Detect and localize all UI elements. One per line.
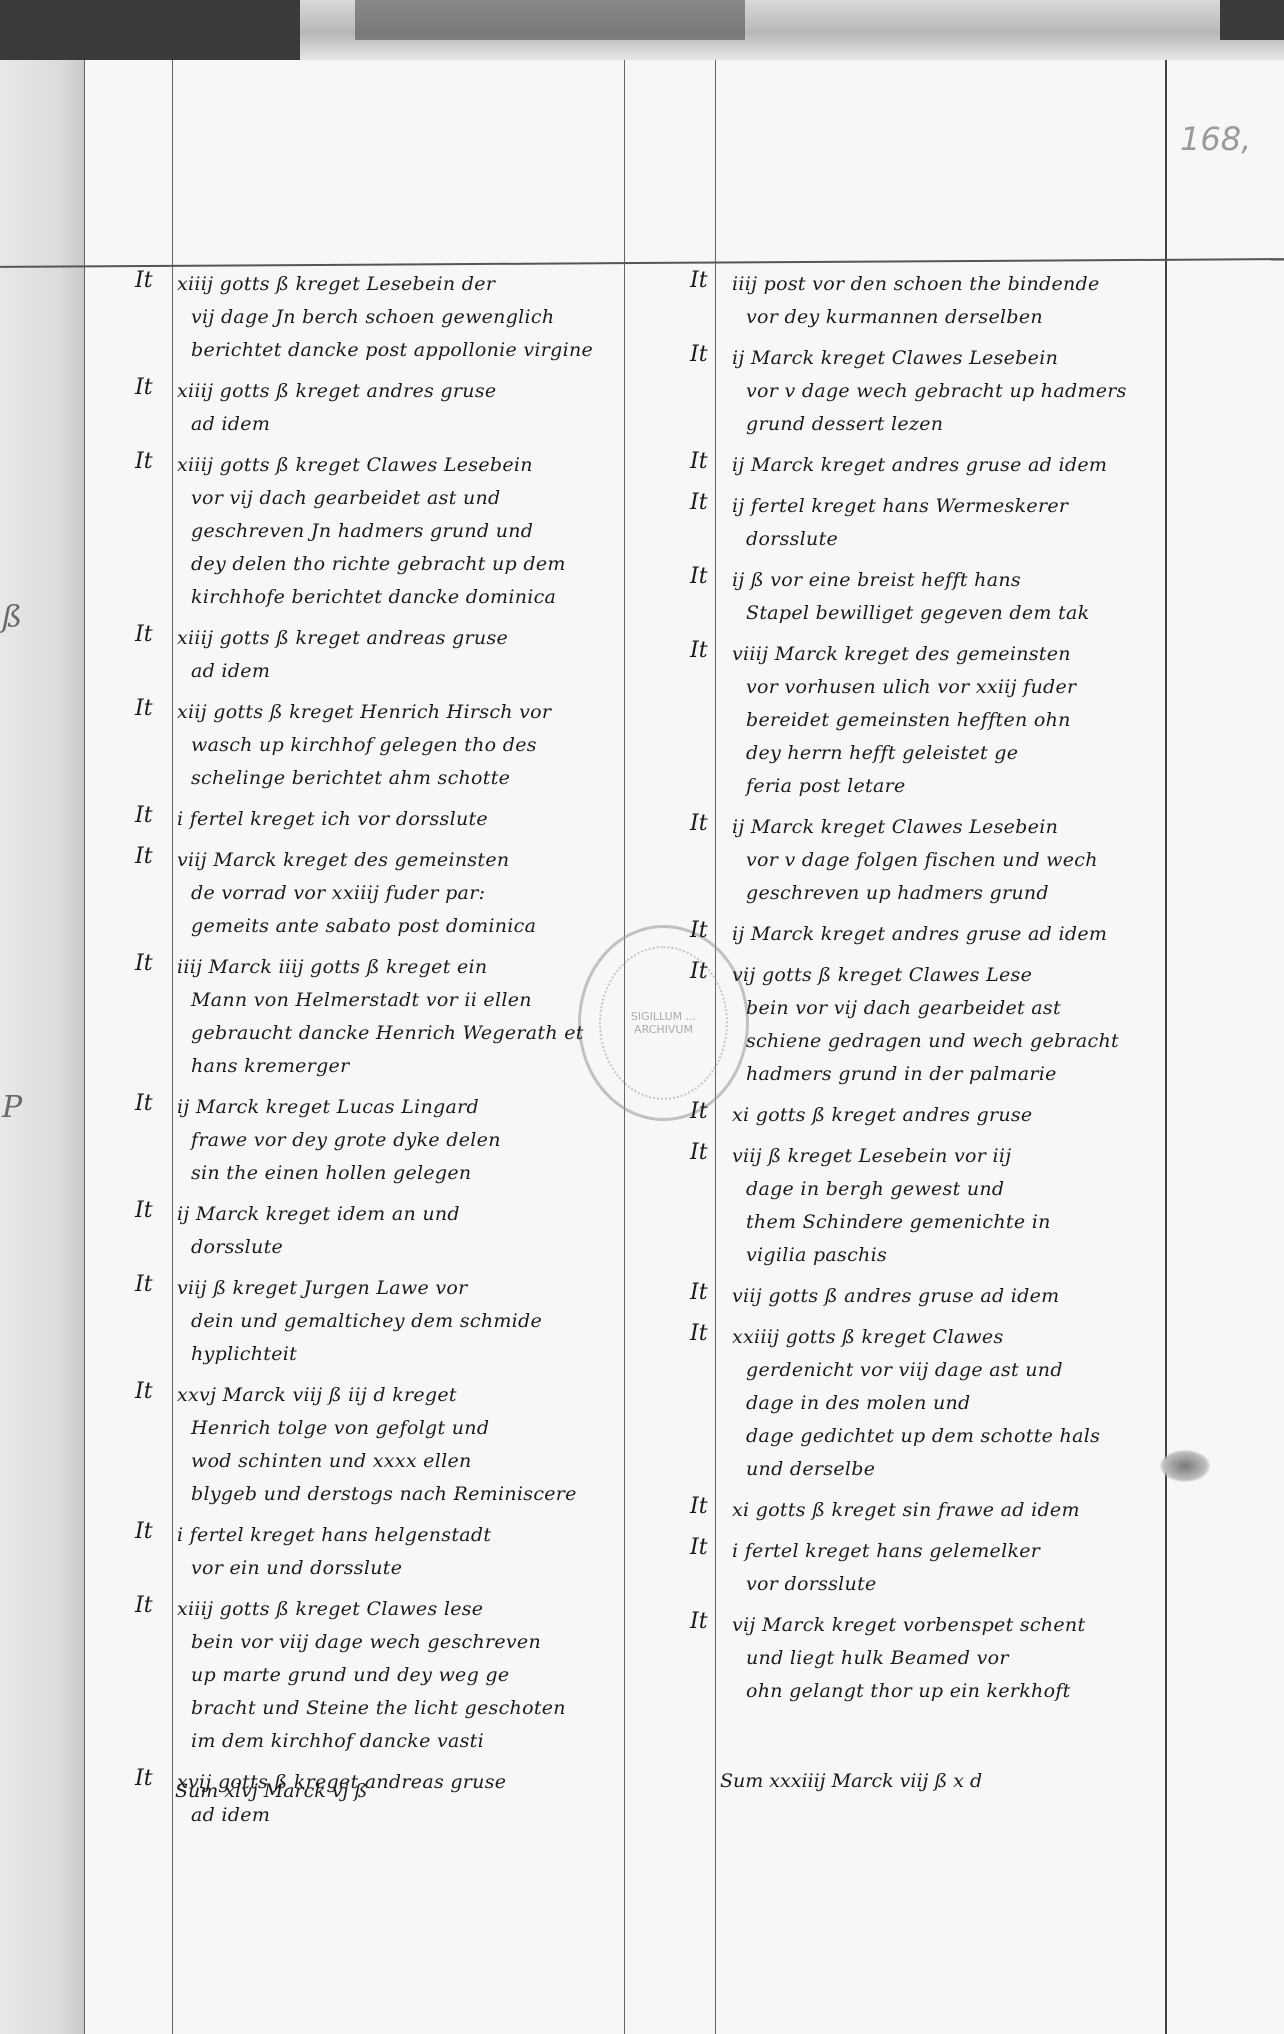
binding-shadow bbox=[355, 0, 745, 40]
entry-text: ij Marck kreget andres gruse ad idem bbox=[732, 918, 1230, 951]
entry-line: und liegt hulk Beamed vor bbox=[746, 1642, 1230, 1675]
entry-line: xiiij gotts ß kreget Clawes Lesebein bbox=[177, 449, 680, 482]
entry-line: ij Marck kreget Lucas Lingard bbox=[177, 1091, 680, 1124]
entry-line: vij dage Jn berch schoen gewenglich bbox=[191, 301, 680, 334]
item-mark: It bbox=[690, 342, 730, 367]
ledger-entry: It xiiij gotts ß kreget Lesebein dervij … bbox=[135, 268, 680, 367]
entry-line: gemeits ante sabato post dominica bbox=[191, 910, 680, 943]
entry-line: gerdenicht vor viij dage ast und bbox=[746, 1354, 1230, 1387]
entry-line: de vorrad vor xxiiij fuder par: bbox=[191, 877, 680, 910]
entry-line: dorsslute bbox=[746, 523, 1230, 556]
entry-line: xxiiij gotts ß kreget Clawes bbox=[732, 1321, 1230, 1354]
ledger-entry: It ij ß vor eine breist hefft hansStapel… bbox=[690, 564, 1230, 630]
ledger-entry: It viij ß kreget Jurgen Lawe vordein und… bbox=[135, 1272, 680, 1371]
entry-line: vij gotts ß kreget Clawes Lese bbox=[732, 959, 1230, 992]
entry-line: ad idem bbox=[191, 1799, 680, 1832]
entry-line: geschreven Jn hadmers grund und bbox=[191, 515, 680, 548]
entry-line: hans kremerger bbox=[191, 1050, 680, 1083]
entry-line: sin the einen hollen gelegen bbox=[191, 1157, 680, 1190]
entry-line: ij Marck kreget Clawes Lesebein bbox=[732, 811, 1230, 844]
entry-text: ij Marck kreget idem an unddorsslute bbox=[177, 1198, 680, 1264]
entry-text: xi gotts ß kreget sin frawe ad idem bbox=[732, 1494, 1230, 1527]
item-mark: It bbox=[690, 1280, 730, 1305]
item-mark: It bbox=[135, 375, 175, 400]
item-mark: It bbox=[135, 951, 175, 976]
entry-text: ij Marck kreget Clawes Lesebeinvor v dag… bbox=[732, 811, 1230, 910]
entry-line: ad idem bbox=[191, 408, 680, 441]
entry-line: vor v dage wech gebracht up hadmers bbox=[746, 375, 1230, 408]
entry-text: xiiij gotts ß kreget Clawes Lesebeinvor … bbox=[177, 449, 680, 614]
entry-line: im dem kirchhof dancke vasti bbox=[191, 1725, 680, 1758]
entry-line: vor dorsslute bbox=[746, 1568, 1230, 1601]
ledger-entry: It ij Marck kreget idem an unddorsslute bbox=[135, 1198, 680, 1264]
entry-line: viij gotts ß andres gruse ad idem bbox=[732, 1280, 1230, 1313]
entry-line: wasch up kirchhof gelegen tho des bbox=[191, 729, 680, 762]
entry-line: xiiij gotts ß kreget Clawes lese bbox=[177, 1593, 680, 1626]
item-mark: It bbox=[690, 638, 730, 663]
ledger-entry: It ij Marck kreget andres gruse ad idem bbox=[690, 918, 1230, 951]
entry-text: i fertel kreget hans gelemelkervor dorss… bbox=[732, 1535, 1230, 1601]
entry-line: ij Marck kreget idem an und bbox=[177, 1198, 680, 1231]
entry-text: xi gotts ß kreget andres gruse bbox=[732, 1099, 1230, 1132]
adjacent-page-edge: ß P bbox=[0, 60, 84, 2034]
ledger-entry: It xxiiij gotts ß kreget Clawesgerdenich… bbox=[690, 1321, 1230, 1486]
entry-line: Stapel bewilliget gegeven dem tak bbox=[746, 597, 1230, 630]
entry-text: xiiij gotts ß kreget Lesebein dervij dag… bbox=[177, 268, 680, 367]
item-mark: It bbox=[135, 268, 175, 293]
ledger-entry: It i fertel kreget ich vor dorsslute bbox=[135, 803, 680, 836]
entry-line: i fertel kreget ich vor dorsslute bbox=[177, 803, 680, 836]
ledger-column-right: It iiij post vor den schoen the bindende… bbox=[690, 268, 1230, 1716]
entry-line: hyplichteit bbox=[191, 1338, 680, 1371]
entry-line: grund dessert lezen bbox=[746, 408, 1230, 441]
entry-line: ij Marck kreget andres gruse ad idem bbox=[732, 449, 1230, 482]
item-mark: It bbox=[135, 696, 175, 721]
entry-line: vor v dage folgen fischen und wech bbox=[746, 844, 1230, 877]
entry-line: und derselbe bbox=[746, 1453, 1230, 1486]
entry-line: vigilia paschis bbox=[746, 1239, 1230, 1272]
entry-line: xiij gotts ß kreget Henrich Hirsch vor bbox=[177, 696, 680, 729]
entry-line: Henrich tolge von gefolgt und bbox=[191, 1412, 680, 1445]
entry-text: xiij gotts ß kreget Henrich Hirsch vorwa… bbox=[177, 696, 680, 795]
entry-line: geschreven up hadmers grund bbox=[746, 877, 1230, 910]
entry-line: up marte grund und dey weg ge bbox=[191, 1659, 680, 1692]
ledger-entry: It xiiij gotts ß kreget Clawes Lesebeinv… bbox=[135, 449, 680, 614]
entry-line: schiene gedragen und wech gebracht bbox=[746, 1025, 1230, 1058]
item-mark: It bbox=[690, 1099, 730, 1124]
entry-text: xiiij gotts ß kreget andreas grusead ide… bbox=[177, 622, 680, 688]
entry-text: viiij Marck kreget des gemeinstenvor vor… bbox=[732, 638, 1230, 803]
ledger-entry: It iiij Marck iiij gotts ß kreget einMan… bbox=[135, 951, 680, 1083]
entry-line: iiij Marck iiij gotts ß kreget ein bbox=[177, 951, 680, 984]
entry-line: gebraucht dancke Henrich Wegerath et bbox=[191, 1017, 680, 1050]
entry-text: viij gotts ß andres gruse ad idem bbox=[732, 1280, 1230, 1313]
entry-line: xxvj Marck viij ß iij d kreget bbox=[177, 1379, 680, 1412]
ledger-entry: It xi gotts ß kreget sin frawe ad idem bbox=[690, 1494, 1230, 1527]
entry-text: ij Marck kreget andres gruse ad idem bbox=[732, 449, 1230, 482]
marginal-glyph: ß bbox=[2, 600, 22, 635]
entry-text: xxvj Marck viij ß iij d kregetHenrich to… bbox=[177, 1379, 680, 1511]
item-mark: It bbox=[690, 1494, 730, 1519]
entry-text: vij Marck kreget vorbenspet schentund li… bbox=[732, 1609, 1230, 1708]
entry-line: dage in bergh gewest und bbox=[746, 1173, 1230, 1206]
entry-line: bracht und Steine the licht geschoten bbox=[191, 1692, 680, 1725]
entry-line: ij ß vor eine breist hefft hans bbox=[732, 564, 1230, 597]
entry-line: hadmers grund in der palmarie bbox=[746, 1058, 1230, 1091]
entry-line: dey delen tho richte gebracht up dem bbox=[191, 548, 680, 581]
ledger-entry: It ij Marck kreget Clawes Lesebeinvor v … bbox=[690, 811, 1230, 910]
entry-line: xiiij gotts ß kreget Lesebein der bbox=[177, 268, 680, 301]
item-mark: It bbox=[690, 490, 730, 515]
entry-line: xiiij gotts ß kreget andres gruse bbox=[177, 375, 680, 408]
entry-line: vor vorhusen ulich vor xxiij fuder bbox=[746, 671, 1230, 704]
entry-line: Mann von Helmerstadt vor ii ellen bbox=[191, 984, 680, 1017]
entry-text: viij ß kreget Lesebein vor iijdage in be… bbox=[732, 1140, 1230, 1272]
entry-line: vor dey kurmannen derselben bbox=[746, 301, 1230, 334]
entry-text: ij fertel kreget hans Wermeskererdorsslu… bbox=[732, 490, 1230, 556]
item-mark: It bbox=[135, 1519, 175, 1544]
entry-line: ad idem bbox=[191, 655, 680, 688]
ledger-entry: It i fertel kreget hans gelemelkervor do… bbox=[690, 1535, 1230, 1601]
item-mark: It bbox=[135, 803, 175, 828]
column-total-left: Sum xlvj Marck vj ß bbox=[175, 1780, 367, 1802]
entry-line: i fertel kreget hans gelemelker bbox=[732, 1535, 1230, 1568]
item-mark: It bbox=[135, 1593, 175, 1618]
binding-shadow bbox=[1220, 0, 1284, 40]
entry-line: viiij Marck kreget des gemeinsten bbox=[732, 638, 1230, 671]
ledger-entry: It ij fertel kreget hans Wermeskererdors… bbox=[690, 490, 1230, 556]
ledger-entry: It iiij post vor den schoen the bindende… bbox=[690, 268, 1230, 334]
entry-text: i fertel kreget ich vor dorsslute bbox=[177, 803, 680, 836]
ledger-entry: It xiiij gotts ß kreget andres grusead i… bbox=[135, 375, 680, 441]
entry-line: dage in des molen und bbox=[746, 1387, 1230, 1420]
entry-text: viij Marck kreget des gemeinstende vorra… bbox=[177, 844, 680, 943]
entry-line: xi gotts ß kreget andres gruse bbox=[732, 1099, 1230, 1132]
entry-line: dey herrn hefft geleistet ge bbox=[746, 737, 1230, 770]
item-mark: It bbox=[690, 1321, 730, 1346]
entry-text: xiiij gotts ß kreget andres grusead idem bbox=[177, 375, 680, 441]
ledger-entry: It xxvj Marck viij ß iij d kregetHenrich… bbox=[135, 1379, 680, 1511]
ledger-entry: It vij Marck kreget vorbenspet schentund… bbox=[690, 1609, 1230, 1708]
ledger-entry: It ij Marck kreget Clawes Lesebeinvor v … bbox=[690, 342, 1230, 441]
item-mark: It bbox=[135, 622, 175, 647]
item-mark: It bbox=[135, 1766, 175, 1791]
item-mark: It bbox=[690, 449, 730, 474]
entry-line: vor ein und dorsslute bbox=[191, 1552, 680, 1585]
entry-line: dage gedichtet up dem schotte hals bbox=[746, 1420, 1230, 1453]
entry-line: bereidet gemeinsten hefften ohn bbox=[746, 704, 1230, 737]
item-mark: It bbox=[690, 1609, 730, 1634]
ledger-entry: It xiiij gotts ß kreget Clawes lesebein … bbox=[135, 1593, 680, 1758]
entry-line: viij ß kreget Lesebein vor iij bbox=[732, 1140, 1230, 1173]
item-mark: It bbox=[690, 811, 730, 836]
item-mark: It bbox=[690, 1140, 730, 1165]
ledger-entry: It i fertel kreget hans helgenstadtvor e… bbox=[135, 1519, 680, 1585]
ledger-entry: It ij Marck kreget Lucas Lingardfrawe vo… bbox=[135, 1091, 680, 1190]
entry-text: iiij post vor den schoen the bindendevor… bbox=[732, 268, 1230, 334]
entry-line: berichtet dancke post appollonie virgine bbox=[191, 334, 680, 367]
ledger-entry: It viiij Marck kreget des gemeinstenvor … bbox=[690, 638, 1230, 803]
column-total-right: Sum xxxiiij Marck viij ß x d bbox=[720, 1770, 982, 1792]
ledger-entry: It xiiij gotts ß kreget andreas grusead … bbox=[135, 622, 680, 688]
entry-text: i fertel kreget hans helgenstadtvor ein … bbox=[177, 1519, 680, 1585]
item-mark: It bbox=[135, 1091, 175, 1116]
entry-line: frawe vor dey grote dyke delen bbox=[191, 1124, 680, 1157]
entry-text: xiiij gotts ß kreget Clawes lesebein vor… bbox=[177, 1593, 680, 1758]
entry-line: vij Marck kreget vorbenspet schent bbox=[732, 1609, 1230, 1642]
item-mark: It bbox=[135, 844, 175, 869]
entry-text: vij gotts ß kreget Clawes Lesebein vor v… bbox=[732, 959, 1230, 1091]
entry-line: them Schindere gemenichte in bbox=[746, 1206, 1230, 1239]
item-mark: It bbox=[690, 959, 730, 984]
ledger-entry: It viij gotts ß andres gruse ad idem bbox=[690, 1280, 1230, 1313]
binding-edge bbox=[0, 0, 1284, 60]
entry-line: ij fertel kreget hans Wermeskerer bbox=[732, 490, 1230, 523]
entry-text: xxiiij gotts ß kreget Clawesgerdenicht v… bbox=[732, 1321, 1230, 1486]
entry-line: iiij post vor den schoen the bindende bbox=[732, 268, 1230, 301]
ledger-column-left: It xiiij gotts ß kreget Lesebein dervij … bbox=[135, 268, 680, 1840]
entry-text: ij Marck kreget Lucas Lingardfrawe vor d… bbox=[177, 1091, 680, 1190]
entry-line: blygeb und derstogs nach Reminiscere bbox=[191, 1478, 680, 1511]
item-mark: It bbox=[135, 1198, 175, 1223]
item-mark: It bbox=[135, 1272, 175, 1297]
item-mark: It bbox=[690, 564, 730, 589]
entry-line: feria post letare bbox=[746, 770, 1230, 803]
entry-line: vor vij dach gearbeidet ast und bbox=[191, 482, 680, 515]
entry-line: dein und gemaltichey dem schmide bbox=[191, 1305, 680, 1338]
entry-line: viij ß kreget Jurgen Lawe vor bbox=[177, 1272, 680, 1305]
entry-line: dorsslute bbox=[191, 1231, 680, 1264]
entry-line: i fertel kreget hans helgenstadt bbox=[177, 1519, 680, 1552]
ledger-entry: It vij gotts ß kreget Clawes Lesebein vo… bbox=[690, 959, 1230, 1091]
item-mark: It bbox=[135, 449, 175, 474]
folio-number: 168, bbox=[1180, 120, 1251, 158]
entry-line: ij Marck kreget Clawes Lesebein bbox=[732, 342, 1230, 375]
entry-text: ij ß vor eine breist hefft hansStapel be… bbox=[732, 564, 1230, 630]
item-mark: It bbox=[690, 1535, 730, 1560]
ledger-entry: It xiij gotts ß kreget Henrich Hirsch vo… bbox=[135, 696, 680, 795]
marginal-glyph: P bbox=[2, 1090, 22, 1125]
entry-line: viij Marck kreget des gemeinsten bbox=[177, 844, 680, 877]
entry-line: schelinge berichtet ahm schotte bbox=[191, 762, 680, 795]
entry-line: bein vor vij dach gearbeidet ast bbox=[746, 992, 1230, 1025]
item-mark: It bbox=[690, 268, 730, 293]
page-fold-line bbox=[84, 60, 85, 2034]
entry-line: xiiij gotts ß kreget andreas gruse bbox=[177, 622, 680, 655]
ledger-entry: It ij Marck kreget andres gruse ad idem bbox=[690, 449, 1230, 482]
ledger-entry: It xi gotts ß kreget andres gruse bbox=[690, 1099, 1230, 1132]
item-mark: It bbox=[135, 1379, 175, 1404]
entry-line: kirchhofe berichtet dancke dominica bbox=[191, 581, 680, 614]
entry-line: wod schinten und xxxx ellen bbox=[191, 1445, 680, 1478]
entry-text: iiij Marck iiij gotts ß kreget einMann v… bbox=[177, 951, 680, 1083]
entry-line: xi gotts ß kreget sin frawe ad idem bbox=[732, 1494, 1230, 1527]
ledger-entry: It viij Marck kreget des gemeinstende vo… bbox=[135, 844, 680, 943]
entry-text: ij Marck kreget Clawes Lesebeinvor v dag… bbox=[732, 342, 1230, 441]
item-mark: It bbox=[690, 918, 730, 943]
ledger-entry: It viij ß kreget Lesebein vor iijdage in… bbox=[690, 1140, 1230, 1272]
entry-line: ohn gelangt thor up ein kerkhoft bbox=[746, 1675, 1230, 1708]
entry-text: viij ß kreget Jurgen Lawe vordein und ge… bbox=[177, 1272, 680, 1371]
entry-line: bein vor viij dage wech geschreven bbox=[191, 1626, 680, 1659]
entry-line: ij Marck kreget andres gruse ad idem bbox=[732, 918, 1230, 951]
